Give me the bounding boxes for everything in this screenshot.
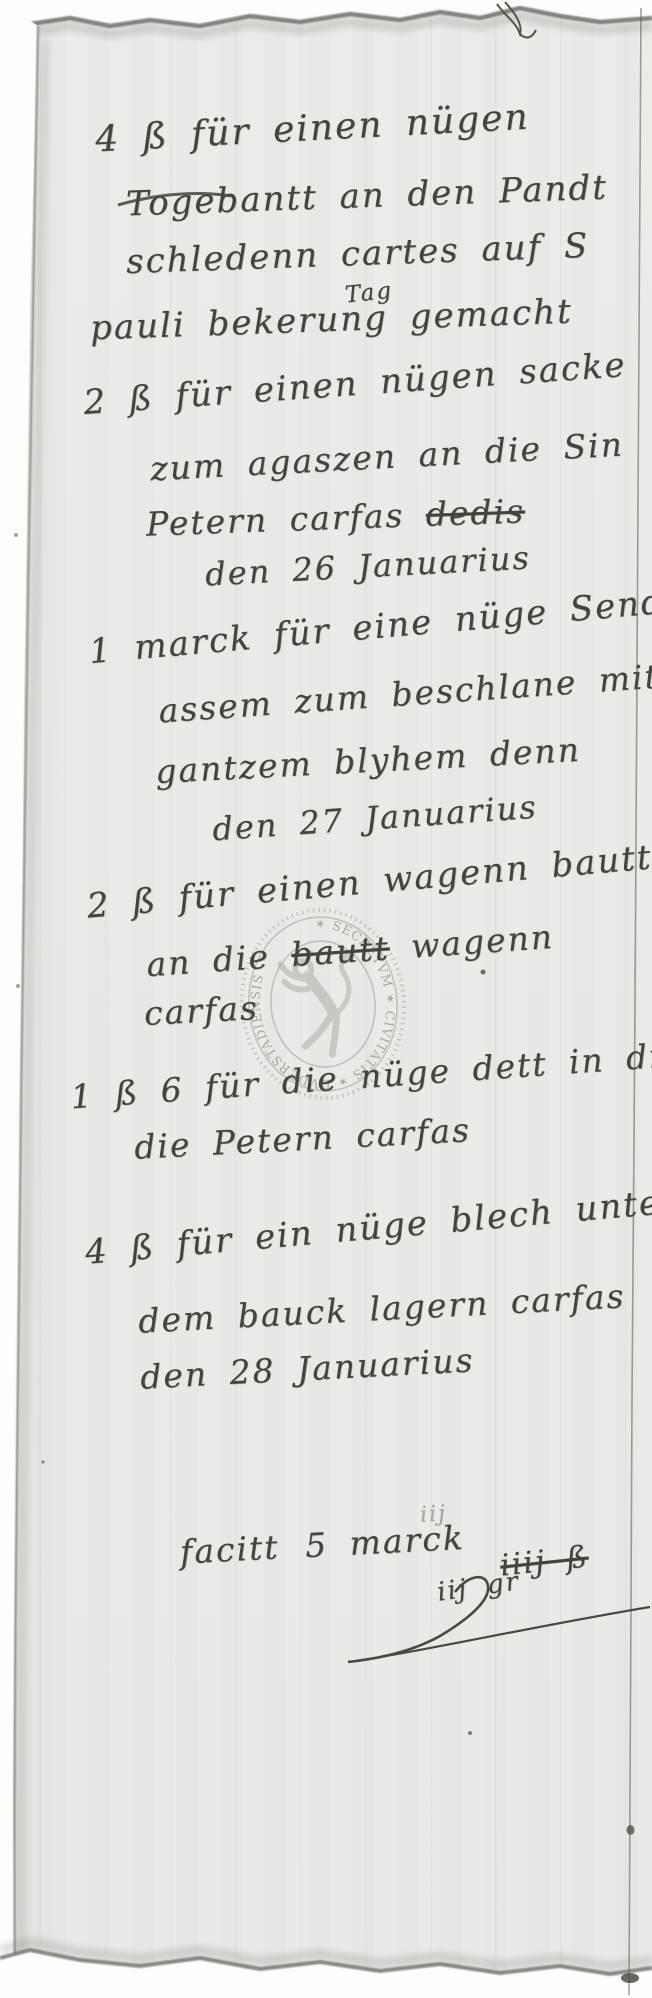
entry4-crossed-word: bautt: [290, 928, 391, 974]
summary-faint-correction: iij: [419, 1501, 448, 1528]
entry1-inserted-word: Tag: [344, 278, 394, 309]
entry1-line4-post: gemacht: [409, 292, 573, 338]
entry2-crossed-word: dedis: [425, 491, 526, 533]
manuscript-scan: ✶ SECRETVM ✶ CIVITATIS ✶ DVDERSTADIENSIS…: [0, 0, 652, 1998]
entry4-line3: carfas: [143, 988, 260, 1033]
summary-facit-word: facitt: [179, 1527, 280, 1571]
